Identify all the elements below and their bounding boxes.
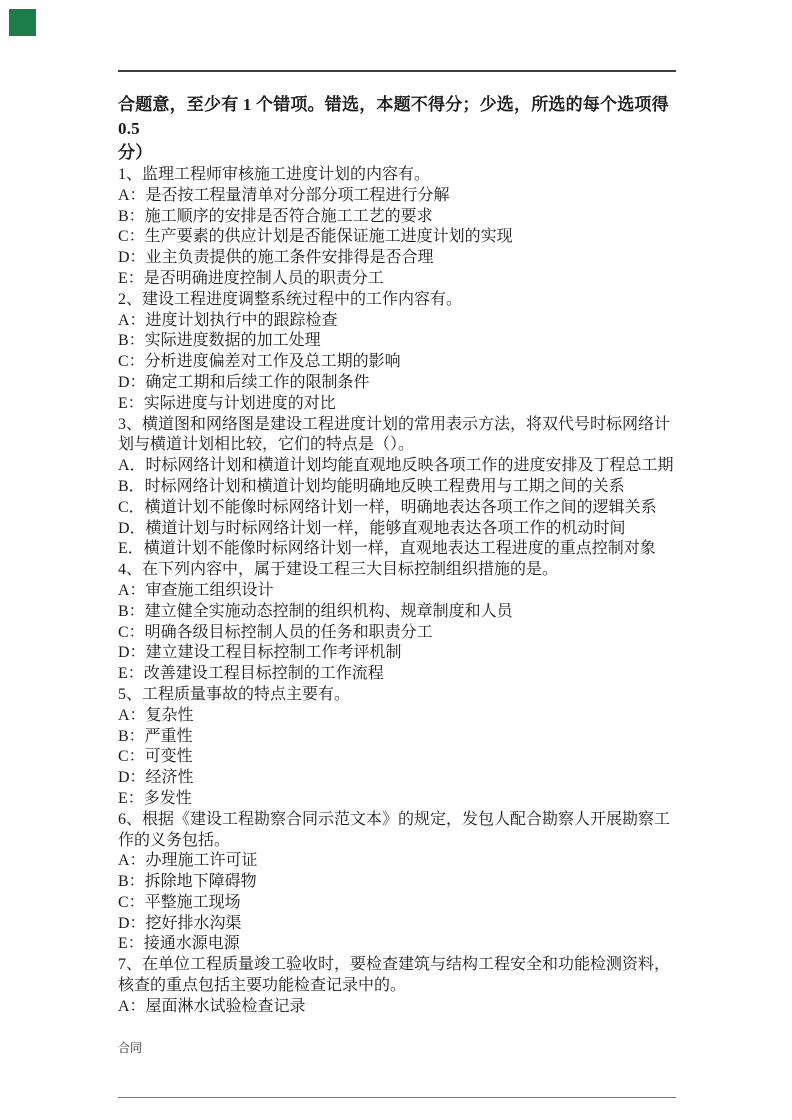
question-3-stem: 3、横道图和网络图是建设工程进度计划的常用表示方法，将双代号时标网络计划与横道计… (118, 415, 676, 457)
question-1-option: C：生产要素的供应计划是否能保证施工进度计划的实现 (118, 227, 676, 248)
corner-marker (9, 9, 36, 36)
question-4-stem: 4、在下列内容中，属于建设工程三大目标控制组织措施的是。 (118, 560, 676, 581)
heading-line-1: 合题意，至少有 1 个错项。错选，本题不得分；少选，所选的每个选项得 0.5 (118, 95, 686, 138)
section-heading: 合题意，至少有 1 个错项。错选，本题不得分；少选，所选的每个选项得 0.5 分… (118, 93, 676, 165)
question-6-stem: 6、根据《建设工程勘察合同示范文本》的规定，发包人配合勘察人开展勘察工作的义务包… (118, 810, 676, 852)
question-6-option: B：拆除地下障碍物 (118, 872, 676, 893)
question-3-option: E．横道计划不能像时标网络计划一样，直观地表达工程进度的重点控制对象 (118, 539, 676, 560)
top-rule (118, 70, 676, 72)
question-5-option: E：多发性 (118, 789, 676, 810)
question-2-option: B：实际进度数据的加工处理 (118, 331, 676, 352)
question-6-option: A：办理施工许可证 (118, 851, 676, 872)
question-2-option: C：分析进度偏差对工作及总工期的影响 (118, 352, 676, 373)
question-3-option: B．时标网络计划和横道计划均能明确地反映工程费用与工期之间的关系 (118, 477, 676, 498)
document-page: 合题意，至少有 1 个错项。错选，本题不得分；少选，所选的每个选项得 0.5 分… (0, 0, 792, 1120)
question-1-option: B：施工顺序的安排是否符合施工工艺的要求 (118, 207, 676, 228)
question-5-option: B：严重性 (118, 727, 676, 748)
question-1-option: E：是否明确进度控制人员的职责分工 (118, 269, 676, 290)
question-3-option: D．横道计划与时标网络计划一样，能够直观地表达各项工作的机动时间 (118, 519, 676, 540)
document-content: 合题意，至少有 1 个错项。错选，本题不得分；少选，所选的每个选项得 0.5 分… (118, 70, 676, 1018)
heading-line-2: 分） (118, 143, 152, 162)
question-3-option: C．横道计划不能像时标网络计划一样，明确地表达各项工作之间的逻辑关系 (118, 498, 676, 519)
question-list: 1、监理工程师审核施工进度计划的内容有。 A：是否按工程量清单对分部分项工程进行… (118, 165, 676, 1018)
question-6-option: D：挖好排水沟渠 (118, 914, 676, 935)
question-2-option: D：确定工期和后续工作的限制条件 (118, 373, 676, 394)
question-4-option: D：建立建设工程目标控制工作考评机制 (118, 643, 676, 664)
question-4-option: B：建立健全实施动态控制的组织机构、规章制度和人员 (118, 602, 676, 623)
question-5-option: A：复杂性 (118, 706, 676, 727)
question-1-option: D：业主负责提供的施工条件安排得是否合理 (118, 248, 676, 269)
question-4-option: A：审查施工组织设计 (118, 581, 676, 602)
question-1-option: A：是否按工程量清单对分部分项工程进行分解 (118, 186, 676, 207)
question-2-option: A：进度计划执行中的跟踪检查 (118, 311, 676, 332)
question-7-stem: 7、在单位工程质量竣工验收时，要检查建筑与结构工程安全和功能检测资料，核查的重点… (118, 955, 676, 997)
question-1-stem: 1、监理工程师审核施工进度计划的内容有。 (118, 165, 676, 186)
question-5-option: D：经济性 (118, 768, 676, 789)
question-3-option: A．时标网络计划和横道计划均能直观地反映各项工作的进度安排及丁程总工期 (118, 456, 676, 477)
footer-text: 合同 (118, 1041, 142, 1056)
question-6-option: E：接通水源电源 (118, 934, 676, 955)
question-7-option: A：屋面淋水试验检查记录 (118, 997, 676, 1018)
question-5-stem: 5、工程质量事故的特点主要有。 (118, 685, 676, 706)
footer-rule (118, 1097, 676, 1098)
question-4-option: C：明确各级目标控制人员的任务和职责分工 (118, 623, 676, 644)
question-2-stem: 2、建设工程进度调整系统过程中的工作内容有。 (118, 290, 676, 311)
question-5-option: C：可变性 (118, 747, 676, 768)
question-2-option: E：实际进度与计划进度的对比 (118, 394, 676, 415)
question-6-option: C：平整施工现场 (118, 893, 676, 914)
question-4-option: E：改善建设工程目标控制的工作流程 (118, 664, 676, 685)
